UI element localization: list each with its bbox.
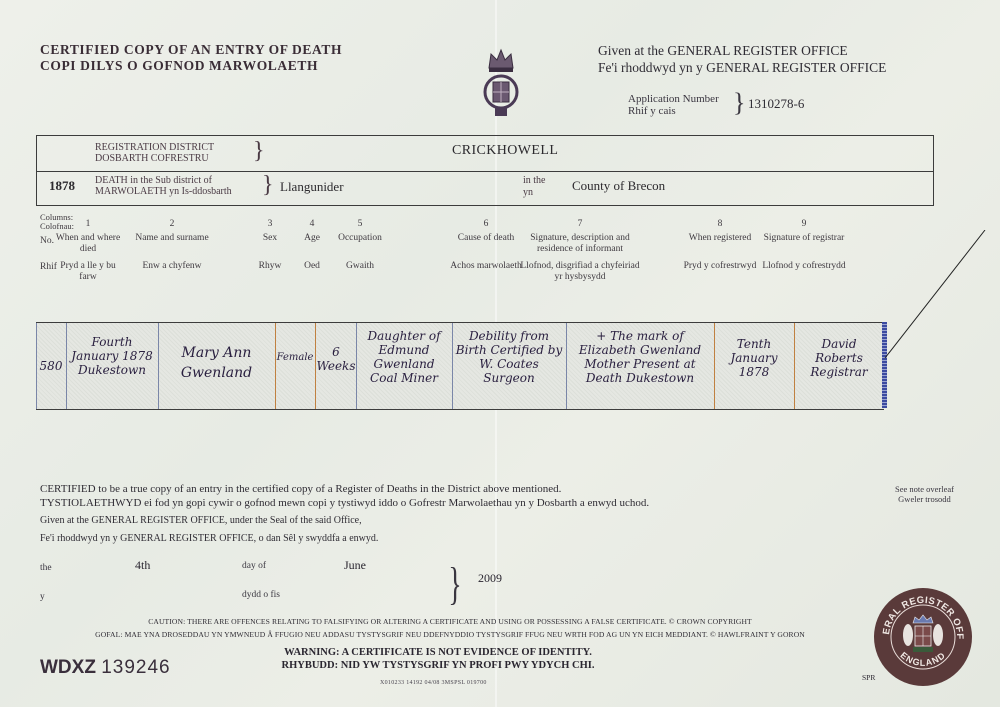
registration-district: CRICKHOWELL bbox=[452, 143, 558, 159]
cell-border bbox=[452, 323, 453, 409]
in-the-label: in the yn bbox=[523, 175, 546, 199]
entry-cause: Debility from Birth Certified by W. Coat… bbox=[454, 329, 564, 385]
cert-line-1: CERTIFIED to be a true copy of an entry … bbox=[40, 483, 649, 497]
see-note-overleaf: See note overleaf Gweler trosodd bbox=[895, 484, 954, 504]
day-of-label-en: day of bbox=[242, 561, 266, 571]
brace: } bbox=[253, 138, 265, 165]
cell-border bbox=[158, 323, 159, 409]
column-number: 9 bbox=[756, 219, 852, 230]
application-label-welsh: Rhif y cais bbox=[628, 105, 719, 117]
entry-sex: Female bbox=[276, 351, 314, 365]
title-english: CERTIFIED COPY OF AN ENTRY OF DEATH bbox=[40, 42, 342, 58]
issue-year: 2009 bbox=[478, 571, 502, 586]
column-header-english: Occupation bbox=[310, 233, 410, 244]
serial-prefix: WDXZ bbox=[40, 657, 96, 678]
column-header-welsh: Pryd y cofrestrwyd bbox=[680, 261, 760, 272]
print-code: X010233 14192 04/08 3MSPSL 019700 bbox=[380, 680, 487, 686]
given-welsh: Fe'i rhoddwyd yn y GENERAL REGISTER OFFI… bbox=[598, 59, 886, 76]
serial-number: 139246 bbox=[101, 657, 170, 678]
registration-header-box: REGISTRATION DISTRICT DOSBARTH COFRESTRU… bbox=[36, 135, 934, 206]
column-number: 2 bbox=[127, 219, 217, 230]
caution-en: CAUTION: THERE ARE OFFENCES RELATING TO … bbox=[60, 615, 840, 628]
caution-cy: GOFAL: MAE YNA DROSEDDAU YN YMWNEUD Â FF… bbox=[60, 628, 840, 641]
column-header-welsh: Llofnod y cofrestrydd bbox=[756, 261, 852, 272]
document-title: CERTIFIED COPY OF AN ENTRY OF DEATH COPI… bbox=[40, 42, 342, 74]
given-at-gro: Given at the GENERAL REGISTER OFFICE Fe'… bbox=[598, 42, 886, 76]
column-header-english: Name and surname bbox=[127, 233, 217, 244]
column-number: 5 bbox=[310, 219, 410, 230]
brace: } bbox=[448, 557, 461, 610]
issue-month: June bbox=[344, 558, 366, 573]
caution-notice: CAUTION: THERE ARE OFFENCES RELATING TO … bbox=[60, 615, 840, 641]
column-number: 7 bbox=[518, 219, 642, 230]
warning-cy: RHYBUDD: NID YW TYSTYSGRIF YN PROFI PWY … bbox=[233, 659, 643, 672]
the-label-cy: y bbox=[40, 592, 45, 602]
cert-line-2: TYSTIOLAETHWYD ei fod yn gopi cywir o go… bbox=[40, 497, 649, 511]
cell-border bbox=[714, 323, 715, 409]
column-number: 1 bbox=[52, 219, 124, 230]
brace: } bbox=[262, 172, 274, 199]
application-number: 1310278-6 bbox=[748, 96, 804, 112]
entry-registered: Tenth January 1878 bbox=[716, 337, 792, 379]
entry-occupation: Daughter of Edmund Gwenland Coal Miner bbox=[358, 329, 450, 385]
brace: } bbox=[733, 88, 745, 118]
royal-coat-of-arms-icon bbox=[479, 46, 523, 122]
cert-line-4: Fe'i rhoddwyd yn y GENERAL REGISTER OFFI… bbox=[40, 532, 649, 546]
given-english: Given at the GENERAL REGISTER OFFICE bbox=[598, 42, 886, 59]
entry-registrar: David Roberts Registrar bbox=[796, 337, 882, 379]
registration-district-label: REGISTRATION DISTRICT DOSBARTH COFRESTRU bbox=[95, 142, 214, 164]
entry-age: 6 Weeks bbox=[316, 345, 356, 373]
cert-line-3: Given at the GENERAL REGISTER OFFICE, un… bbox=[40, 514, 649, 528]
see-note-en: See note overleaf bbox=[895, 484, 954, 494]
spr-mark: SPR bbox=[862, 673, 875, 682]
entry-when-where: Fourth January 1878 Dukestown bbox=[68, 335, 156, 377]
see-note-cy: Gweler trosodd bbox=[895, 494, 954, 504]
column-header-english: When and where died bbox=[52, 233, 124, 255]
column-header-english: Signature, description and residence of … bbox=[518, 233, 642, 255]
in-the-cy: yn bbox=[523, 187, 546, 199]
certificate-serial: WDXZ 139246 bbox=[40, 657, 171, 679]
cell-border bbox=[66, 323, 67, 409]
certification-text: CERTIFIED to be a true copy of an entry … bbox=[40, 483, 649, 545]
in-the-en: in the bbox=[523, 175, 546, 187]
issue-day: 4th bbox=[135, 558, 150, 573]
column-header-english: Signature of registrar bbox=[756, 233, 852, 244]
the-label-en: the bbox=[40, 563, 52, 573]
rd-label-en: REGISTRATION DISTRICT bbox=[95, 142, 214, 153]
cell-border bbox=[566, 323, 567, 409]
column-header-welsh: Enw a chyfenw bbox=[127, 261, 217, 272]
sd-label-cy: MARWOLAETH yn Is-ddosbarth bbox=[95, 186, 232, 197]
entry-name: Mary Ann Gwenland bbox=[160, 343, 273, 383]
column-header-welsh: Gwaith bbox=[310, 261, 410, 272]
entry-number: 580 bbox=[36, 359, 66, 373]
application-label-english: Application Number bbox=[628, 93, 719, 105]
application-number-label: Application Number Rhif y cais bbox=[628, 93, 719, 117]
subdistrict: Llangunider bbox=[280, 179, 344, 195]
column-header-english: Sex bbox=[250, 233, 290, 244]
warning-en: WARNING: A CERTIFICATE IS NOT EVIDENCE O… bbox=[233, 646, 643, 659]
subdistrict-label: DEATH in the Sub district of MARWOLAETH … bbox=[95, 175, 232, 197]
registration-year: 1878 bbox=[49, 178, 75, 194]
register-entry-row: 580 Fourth January 1878 Dukestown Mary A… bbox=[36, 322, 884, 410]
cell-border bbox=[794, 323, 795, 409]
entry-informant: + The mark of Elizabeth Gwenland Mother … bbox=[568, 329, 712, 385]
title-welsh: COPI DILYS O GOFNOD MARWOLAETH bbox=[40, 58, 342, 74]
identity-warning: WARNING: A CERTIFICATE IS NOT EVIDENCE O… bbox=[233, 646, 643, 672]
cancellation-line bbox=[880, 230, 1000, 360]
column-number: 8 bbox=[680, 219, 760, 230]
column-header-welsh: Pryd a lle y bu farw bbox=[52, 261, 124, 283]
rd-label-cy: DOSBARTH COFRESTRU bbox=[95, 153, 214, 164]
sd-label-en: DEATH in the Sub district of bbox=[95, 175, 232, 186]
cell-border bbox=[356, 323, 357, 409]
county: County of Brecon bbox=[572, 178, 665, 194]
day-of-label-cy: dydd o fis bbox=[242, 590, 280, 600]
column-header-welsh: Rhyw bbox=[250, 261, 290, 272]
gro-seal-icon: GENERAL REGISTER OFFICE ENGLAND bbox=[873, 587, 973, 687]
column-number: 3 bbox=[250, 219, 290, 230]
column-header-english: When registered bbox=[680, 233, 760, 244]
cell-border bbox=[275, 323, 276, 409]
column-header-welsh: Llofnod, disgrifiad a chyfeiriad yr hysb… bbox=[518, 261, 642, 283]
